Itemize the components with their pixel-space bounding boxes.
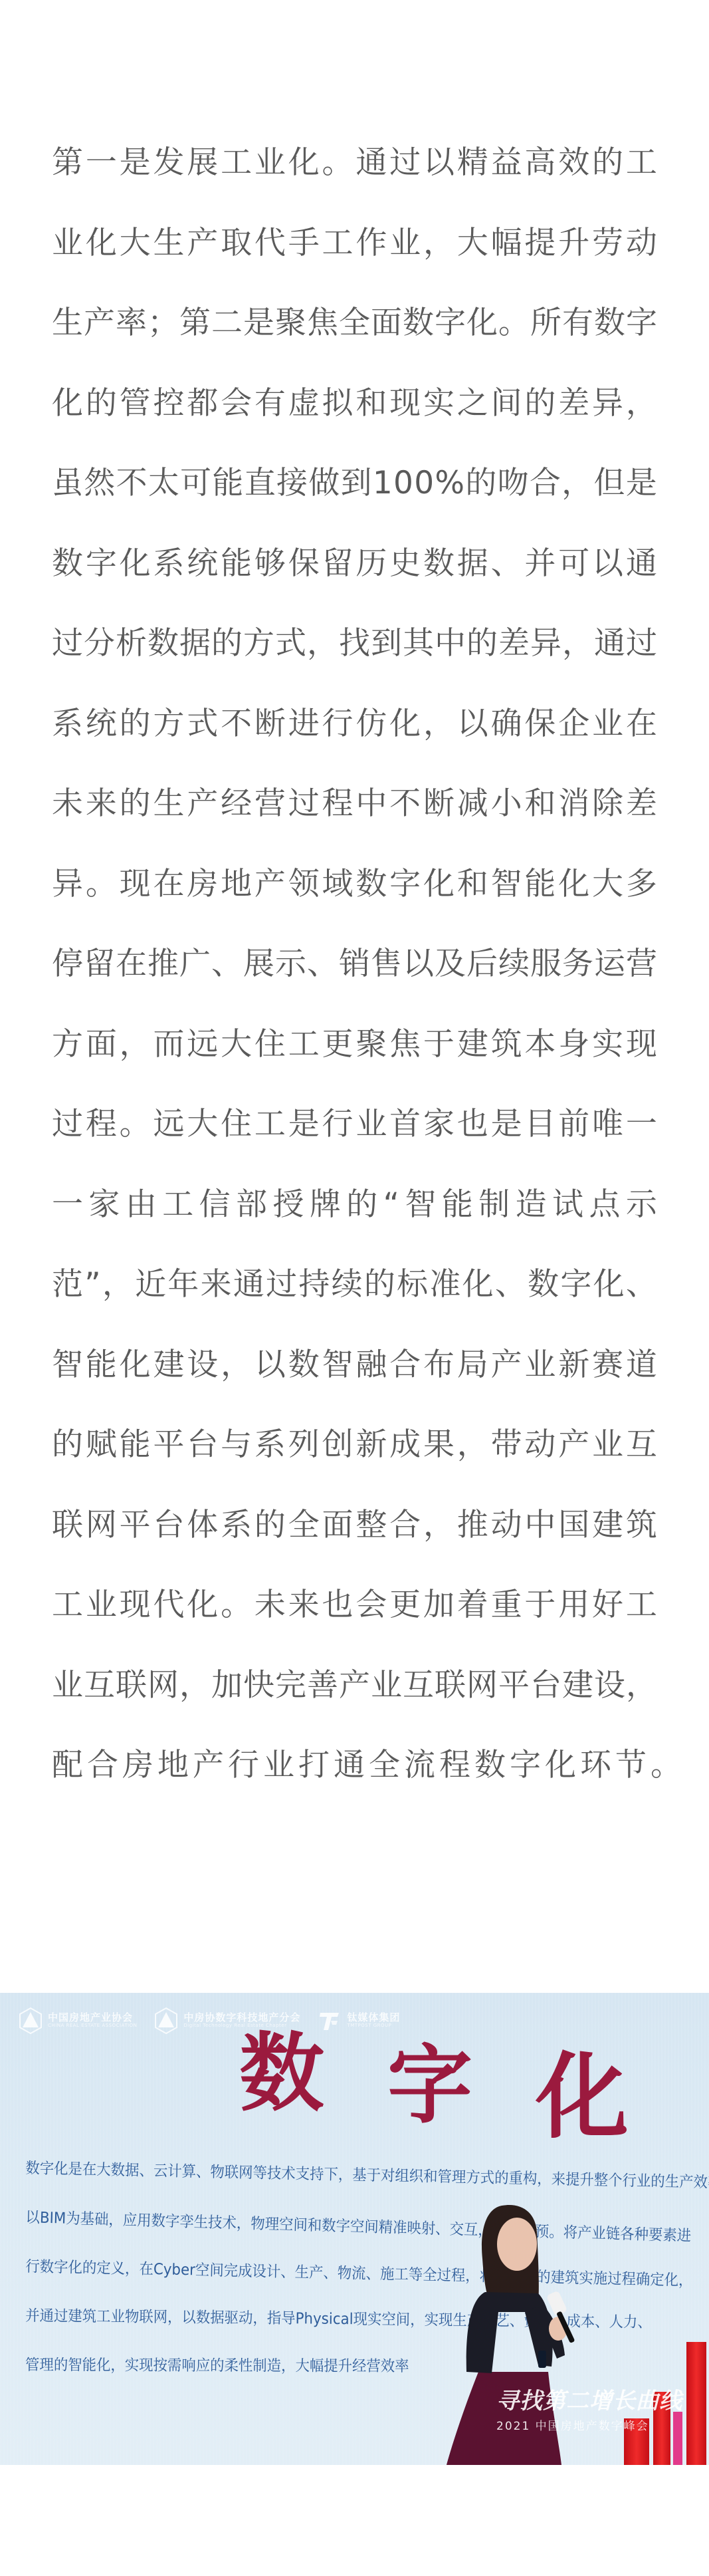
paragraph-line: 一家由工信部授牌的“智能制造试点示 <box>52 1175 657 1255</box>
paragraph-line: 第一是发展工业化。通过以精益高效的工 <box>52 133 657 213</box>
article-body: 第一是发展工业化。通过以精益高效的工 业化大生产取代手工作业，大幅提升劳动 生产… <box>52 133 657 1816</box>
paragraph-line: 虽然不太可能直接做到100%的吻合，但是 <box>52 453 657 534</box>
paragraph-line: 业互联网，加快完善产业互联网平台建设， <box>52 1656 657 1736</box>
event-photo: 中国房地产业协会 CHINA REAL ESTATE ASSOCIATION 中… <box>0 1993 709 2465</box>
paragraph-line-last: 配合房地产行业打通全流程数字化环节。 <box>52 1736 657 1816</box>
slide-title-char: 化 <box>536 2051 629 2144</box>
triangle-hexagon-logo-icon <box>19 2007 43 2034</box>
event-brand: 寻找第二增长曲线 2021 中国房地产数字峰会 <box>496 2383 682 2433</box>
logo-tmtpost-group: 钛媒体集团 TMTPOST GROUP <box>318 2007 400 2034</box>
event-subtitle: 2021 中国房地产数字峰会 <box>496 2416 682 2433</box>
logo-cn-text: 中房协数字科技地产分会 <box>183 2013 300 2023</box>
slide-body-text: 数字化是在大数据、云计算、物联网等技术支持下，基于对组织和管理方式的重构，来提升… <box>25 2156 709 2402</box>
paragraph-line: 系统的方式不断进行仿化，以确保企业在 <box>52 694 657 775</box>
event-slogan: 寻找第二增长曲线 <box>496 2383 682 2415</box>
logo-cn-text: 中国房地产业协会 <box>48 2013 137 2023</box>
paragraph-line: 业化大生产取代手工作业，大幅提升劳动 <box>52 213 657 294</box>
logo-en-text: TMTPOST GROUP <box>347 2023 400 2028</box>
paragraph-line: 停留在推广、展示、销售以及后续服务运营 <box>52 934 657 1015</box>
logo-cn-text: 钛媒体集团 <box>347 2013 400 2023</box>
paragraph-line: 化的管控都会有虚拟和现实之间的差异， <box>52 374 657 454</box>
paragraph-line: 异。现在房地产领域数字化和智能化大多 <box>52 854 657 935</box>
logo-en-text: CHINA REAL ESTATE ASSOCIATION <box>48 2023 137 2028</box>
paragraph-line: 范”，近年来通过持续的标准化、数字化、 <box>52 1255 657 1335</box>
paragraph-line: 联网平台体系的全面整合，推动中国建筑 <box>52 1495 657 1576</box>
paragraph-line: 智能化建设，以数智融合布局产业新赛道 <box>52 1335 657 1416</box>
triangle-hexagon-logo-icon <box>154 2007 178 2034</box>
paragraph-line: 过分析数据的方式，找到其中的差异，通过 <box>52 614 657 694</box>
paragraph-line: 的赋能平台与系列创新成果，带动产业互 <box>52 1415 657 1495</box>
slide-title-char: 字 <box>387 2043 472 2144</box>
paragraph-line: 方面，而远大住工更聚焦于建筑本身实现 <box>52 1015 657 1095</box>
paragraph-line: 过程。远大住工是行业首家也是目前唯一 <box>52 1095 657 1175</box>
paragraph-line: 生产率；第二是聚焦全面数字化。所有数字 <box>52 293 657 374</box>
paragraph-line: 数字化系统能够保留历史数据、并可以通 <box>52 534 657 614</box>
paragraph-line: 未来的生产经营过程中不断减小和消除差 <box>52 774 657 854</box>
sponsor-logos: 中国房地产业协会 CHINA REAL ESTATE ASSOCIATION 中… <box>19 2007 400 2034</box>
paragraph-line: 工业现代化。未来也会更加着重于用好工 <box>52 1575 657 1656</box>
slide-title: 数 字 化 <box>239 2031 629 2144</box>
slide-title-char: 数 <box>239 2031 324 2144</box>
logo-china-real-estate-association: 中国房地产业协会 CHINA REAL ESTATE ASSOCIATION <box>19 2007 137 2034</box>
